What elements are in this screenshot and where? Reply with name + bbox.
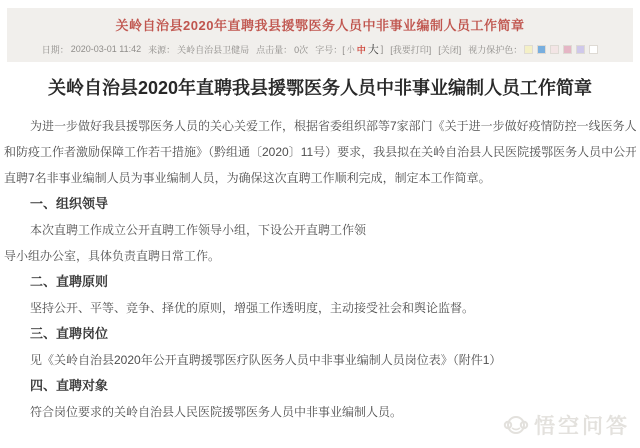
body-line: 和防疫工作者激励保障工作若干措施》（黔组通〔2020〕11号）要求，我县拟在关岭… xyxy=(4,139,636,165)
article-header-title: 关岭自治县2020年直聘我县援鄂医务人员中非事业编制人员工作简章 xyxy=(13,17,627,35)
fontsize-label: 字号：[ xyxy=(315,43,345,56)
section-heading: 二、直聘原则 xyxy=(4,269,636,295)
article-header-panel: 关岭自治县2020年直聘我县援鄂医务人员中非事业编制人员工作简章 日期：2020… xyxy=(7,8,633,62)
eye-protection-swatch[interactable] xyxy=(576,45,585,54)
eye-protection-control: 视力保护色： xyxy=(468,43,598,56)
eye-protection-swatch[interactable] xyxy=(563,45,572,54)
eye-protection-swatch[interactable] xyxy=(537,45,546,54)
fontsize-bracket-close: ] xyxy=(381,44,384,54)
fontsize-medium-button[interactable]: 中 xyxy=(357,43,366,56)
body-line: 为进一步做好我县援鄂医务人员的关心关爱工作，根据省委组织部等7家部门《关于进一步… xyxy=(4,113,636,139)
eye-protection-swatch[interactable] xyxy=(550,45,559,54)
article-body: 关岭自治县2020年直聘我县援鄂医务人员中非事业编制人员工作简章 为进一步做好我… xyxy=(0,77,640,425)
fontsize-large-button[interactable]: 大 xyxy=(368,41,379,57)
fontsize-control: 字号：[ 小 中 大 ] xyxy=(315,41,383,57)
eye-protection-swatch[interactable] xyxy=(524,45,533,54)
body-line: 符合岗位要求的关岭自治县人民医院援鄂医务人员中非事业编制人员。 xyxy=(4,399,636,425)
eye-protection-label: 视力保护色： xyxy=(468,43,522,56)
meta-hits-value: 0次 xyxy=(294,43,308,56)
meta-date-label: 日期： xyxy=(42,43,69,56)
eye-protection-swatches xyxy=(524,45,598,54)
body-line: 导小组办公室，具体负责直聘日常工作。 xyxy=(4,243,636,269)
close-button[interactable]: [关闭] xyxy=(438,43,461,56)
meta-source-label: 来源： xyxy=(148,43,175,56)
body-line: 坚持公开、平等、竞争、择优的原则，增强工作透明度，主动接受社会和舆论监督。 xyxy=(4,295,636,321)
body-line: 直聘7名非事业编制人员为事业编制人员，为确保这次直聘工作顺利完成，制定本工作简章… xyxy=(4,165,636,191)
body-line: 见《关岭自治县2020年公开直聘援鄂医疗队医务人员中非事业编制人员岗位表》（附件… xyxy=(4,347,636,373)
fontsize-small-button[interactable]: 小 xyxy=(347,44,355,55)
meta-hits: 点击量：0次 xyxy=(256,43,308,56)
document-title: 关岭自治县2020年直聘我县援鄂医务人员中非事业编制人员工作简章 xyxy=(12,77,628,99)
meta-hits-label: 点击量： xyxy=(256,43,292,56)
section-heading: 一、组织领导 xyxy=(4,191,636,217)
eye-protection-swatch[interactable] xyxy=(589,45,598,54)
meta-source-value: 关岭自治县卫健局 xyxy=(177,43,249,56)
section-heading: 四、直聘对象 xyxy=(4,373,636,399)
print-button[interactable]: [我要打印] xyxy=(390,43,431,56)
body-line: 本次直聘工作成立公开直聘工作领导小组，下设公开直聘工作领 xyxy=(4,217,636,243)
meta-date-value: 2020-03-01 11:42 xyxy=(71,44,141,54)
section-heading: 三、直聘岗位 xyxy=(4,321,636,347)
article-meta-row: 日期：2020-03-01 11:42 来源：关岭自治县卫健局 点击量：0次 字… xyxy=(13,41,627,57)
meta-date: 日期：2020-03-01 11:42 xyxy=(42,43,141,56)
document-text: 为进一步做好我县援鄂医务人员的关心关爱工作，根据省委组织部等7家部门《关于进一步… xyxy=(4,113,636,425)
meta-source: 来源：关岭自治县卫健局 xyxy=(148,43,249,56)
